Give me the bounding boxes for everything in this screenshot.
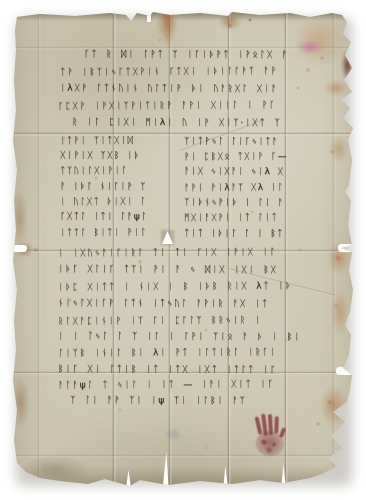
edge-tear (13, 245, 27, 252)
glyph-line: ᛏᛁᛏ ᛁᚦᛁᛚ ᛚ ᛁ ᛒᛏ (184, 229, 312, 241)
glyph-line: ᛉᛁᚦᚾᛃᚹᛁᚦ ᛁ ᛚᛁ ᚨ (184, 198, 312, 210)
glyph-line: ᛏᚹ ᛁᛒᛉᛁᛃᚴᛏᚷᚹᛁᚾ ᚴᛏᚷᛁ ᛁᚦᛁᛚᚴᚹᛏ ᚨᚹ (60, 66, 312, 79)
glyph-line: ᚱᛚᚷᚨᛈᛁᚾᛁᚹ ᛁᛉ ᚴᛁ ᛈᚴᛚᛉ ᛒᚱᛃᛁᚱ ᛁ (58, 315, 314, 328)
glyph-line: ᛁᛏᛏᛚ ᛒᛁᛏᛁ ᚹᛁᛚ (60, 228, 172, 240)
glyph-line: ᚴᚷᛏᛚ ᛁᛏᛁ ᛚᚨψᛚ (60, 212, 172, 223)
glyph-line: ᚴᛈᚷᚹ ᛁᚹᚷᛁᛉᚹᛁᛏᛁᚱᚹ ᚨᚹᛁ ᚷᛁᛁᛚ ᛁ ᚹᚴ (58, 100, 312, 113)
glyph-line: ᚨ ᛁᚦᛚ ᚾᛁᚴᛁᚹ ᛉ (60, 182, 172, 193)
glyph-line: ᛁᛏᚹᛁ ᛉᛁᛏᚷᛁᛞ (60, 136, 172, 148)
glyph-line: ᚹᛁ ᛈᛒᚷᛟ ᛏᚷᛁᚹ ᚴ— (184, 152, 312, 164)
handprint-finger (274, 416, 279, 433)
glyph-line: ᚱ ᛁᛚ ᛈᛁᚷᛁ ᛗᛁλᛁ ᚢ ᛁᚹ ᚷᛁᛉ·ᛁᚷᛏ ᛉ (72, 117, 308, 129)
glyph-line: ᛏᛉᚢᛁᛚᚷᛁᚹᛁᛚ (60, 166, 172, 178)
top-edge-notch (147, 13, 151, 22)
glyph-line: ᛉᛁᛏᚹᛃᛚ ᛚᛁᚴᛃᛁᛏᚨ (184, 137, 312, 149)
glyph-line: ᚨᚹᛁ ᚹᛁλᚨᛉ ᚷλ ᛁᛚ (184, 183, 312, 195)
glyph-line: ᚨᛁᚷ ᛃᛁᚷᚨᛁ ᛃᛁλ ᚷ (184, 167, 312, 179)
glyph-line: ᚾᛁᛃᛚᚷᛁᚴᚹ ᛚᛏᚾ ᛁᛏᛃᚢᛚ ᚨᚹᛁᚱ ᚨᚷ ᛁᛏ (58, 298, 308, 310)
glyph-line: ᛁ ᛁ ᛚᛃᛚ ᛚ ᛉ ᛁᛚ ᛁ ᛚᚹᛁ ᛉᛁᛟ ᚨ ᚦ ᛁ ᛒᛁ (58, 331, 314, 343)
manuscript-photo: ᚴᛏ ᚱ ᛞᛁ ᛚᚹᛏ ᛉ ᛁᚴᛁᚦᚹᛏ ᛁᚹᛟᛚᚷ ᚨ ᛏᚹ ᛁᛒᛉᛁᛃᚴᛏᚷ… (0, 0, 366, 500)
handprint-stain (251, 411, 293, 463)
glyph-line: ᛁ ᛁᚷᚢᛃᚨᛁᚴᛁᚱᛚ ᛏᛁ ᛏᛁ ᚴᛁᚷ ᛁᚹᛁᚷ ᛁᛚ (58, 247, 312, 260)
glyph-line: ᚨᛚᚨψᛚ ᛏ ᛃᛁᛚ ᛁ ᛁᛏ — ᛁᚨᛁ ᚷᛁᛏ ᛁᚴ (58, 379, 312, 392)
glyph-line: ᛁλᚷᚹ ᚴᛏᚾᚢᛁᚾ ᚢᛚᛏᛁᚹ ᚦᛁ ᚢᚨᚱᚷᛚ ᚷᛁᚨ (60, 83, 312, 95)
glyph-line: ᛁᚦᚴ ᚷᛚᛁᚴ ᛏᛉᛁ ᚹᛁ ᚨ ᛃ ᛞᛁᚷ ᛁᚷᛁ ᛒᚷ (58, 264, 314, 276)
manuscript-paper: ᚴᛏ ᚱ ᛞᛁ ᛚᚹᛏ ᛉ ᛁᚴᛁᚦᚹᛏ ᛁᚹᛟᛚᚷ ᚨ ᛏᚹ ᛁᛒᛉᛁᛃᚴᛏᚷ… (0, 0, 366, 500)
glyph-line: ᚷᛁᚹᛁᚷ ᛉᚷᛒ ᛁᚦ (60, 151, 172, 162)
glyph-line: ᛚᛁᛉᛒ ᛁᚾᛁᛚ ᛒᛁ λᛁ ᚹᛏ ᛁᛚᛏᛁᚱᛚ ᛁᚱᚴᛁ (58, 347, 314, 360)
glyph-line: ᛁᚦᛈ ᚷᛁᛏᛏ ᛁ ᚾᛁᚷ ᛁ ᛒ ᛁᚦᛒ ᚱᛁᚷ λᛏ ᛁᚦ (58, 281, 314, 294)
glyph-line: ᛉ ᛚᛁ ᚨᚹ ᛉᛁ ᛁψ ᛉᛁ ᛁᛚᛒᛁ ᚨᛉ (70, 396, 280, 408)
glyph-line: ᛒᛁᚴ ᚷᛁ ᛚᛏᛁᛒ ᛁᛏ ᛁᛏᚷ ᛁᚷᛏ ᛁᛏᛚᛏ ᛁᚴ (58, 364, 314, 376)
glyph-line: ᛁ ᚢᛚᚷᛏ ᚦᛁᚷᛁ ᛚ (60, 197, 172, 209)
glyph-line: ᛗᚷᛁᚨᚷᚹᛁ ᛁᛏ ᛚᛁᛏ (184, 213, 312, 225)
glyph-line: ᚴᛏ ᚱ ᛞᛁ ᛚᚹᛏ ᛉ ᛁᚴᛁᚦᚹᛏ ᛁᚹᛟᛚᚷ ᚨ (84, 50, 306, 62)
